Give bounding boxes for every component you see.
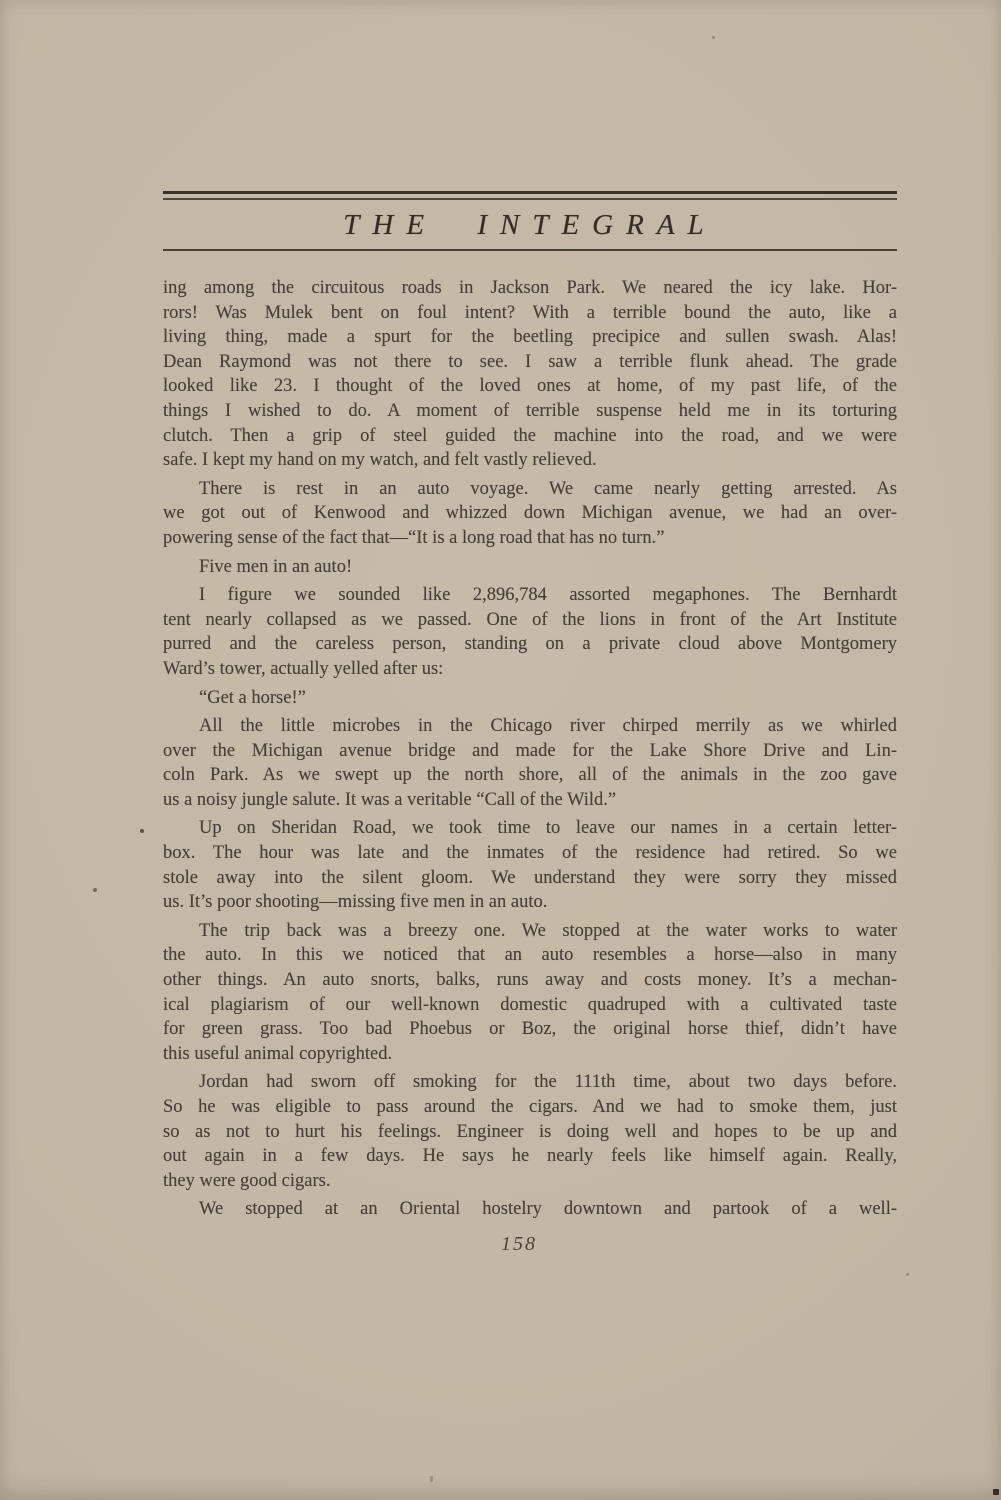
text-line: So he was eligible to pass around the ci…	[163, 1095, 897, 1120]
text-line: Five men in an auto!	[163, 555, 897, 580]
paper-speck	[712, 36, 715, 39]
paragraph: I figure we sounded like 2,896,784 assor…	[163, 583, 897, 681]
text-line: other things. An auto snorts, balks, run…	[163, 968, 897, 993]
text-line: us. It’s poor shooting—missing five men …	[163, 890, 897, 915]
text-line: tent nearly collapsed as we passed. One …	[163, 608, 897, 633]
body-text: ing among the circuitous roads in Jackso…	[163, 276, 897, 1222]
paper-speck	[430, 1476, 433, 1482]
paper-speck	[993, 1489, 999, 1495]
paragraph: There is rest in an auto voyage. We came…	[163, 477, 897, 551]
text-line: We stopped at an Oriental hostelry downt…	[163, 1197, 897, 1222]
text-line: out again in a few days. He says he near…	[163, 1144, 897, 1169]
text-line: living thing, made a spurt for the beetl…	[163, 325, 897, 350]
paragraph: We stopped at an Oriental hostelry downt…	[163, 1197, 897, 1222]
text-line: coln Park. As we swept up the north shor…	[163, 763, 897, 788]
text-line: us a noisy jungle salute. It was a verit…	[163, 788, 897, 813]
text-line: Up on Sheridan Road, we took time to lea…	[163, 816, 897, 841]
book-page: THE INTEGRAL ing among the circuitous ro…	[0, 0, 1001, 1500]
text-line: over the Michigan avenue bridge and made…	[163, 739, 897, 764]
paragraph: All the little microbes in the Chicago r…	[163, 714, 897, 812]
paragraph: ing among the circuitous roads in Jackso…	[163, 276, 897, 473]
text-line: ing among the circuitous roads in Jackso…	[163, 276, 897, 301]
text-line: rors! Was Mulek bent on foul intent? Wit…	[163, 301, 897, 326]
paragraph: Five men in an auto!	[163, 555, 897, 580]
running-head: THE INTEGRAL	[163, 191, 897, 251]
text-line: clutch. Then a grip of steel guided the …	[163, 424, 897, 449]
paragraph: Jordan had sworn off smoking for the 111…	[163, 1070, 897, 1193]
text-line: things I wished to do. A moment of terri…	[163, 399, 897, 424]
text-line: they were good cigars.	[163, 1169, 897, 1194]
paragraph: “Get a horse!”	[163, 686, 897, 711]
header-bottom-rule	[163, 249, 897, 251]
text-line: box. The hour was late and the inmates o…	[163, 841, 897, 866]
text-line: this useful animal copyrighted.	[163, 1042, 897, 1067]
text-line: so as not to hurt his feelings. Engineer…	[163, 1120, 897, 1145]
text-line: for green grass. Too bad Phoebus or Boz,…	[163, 1017, 897, 1042]
text-line: All the little microbes in the Chicago r…	[163, 714, 897, 739]
text-line: we got out of Kenwood and whizzed down M…	[163, 501, 897, 526]
text-line: Dean Raymond was not there to see. I saw…	[163, 350, 897, 375]
page-number: 158	[163, 1233, 897, 1256]
text-line: There is rest in an auto voyage. We came…	[163, 477, 897, 502]
text-line: Ward’s tower, actually yelled after us:	[163, 657, 897, 682]
text-line: ical plagiarism of our well-known domest…	[163, 993, 897, 1018]
text-line: I figure we sounded like 2,896,784 assor…	[163, 583, 897, 608]
text-line: the auto. In this we noticed that an aut…	[163, 943, 897, 968]
text-line: Jordan had sworn off smoking for the 111…	[163, 1070, 897, 1095]
text-line: “Get a horse!”	[163, 686, 897, 711]
text-line: stole away into the silent gloom. We und…	[163, 866, 897, 891]
paragraph: Up on Sheridan Road, we took time to lea…	[163, 816, 897, 914]
paper-speck	[906, 1273, 909, 1276]
text-line: safe. I kept my hand on my watch, and fe…	[163, 448, 897, 473]
header-top-rule	[163, 191, 897, 200]
text-line: powering sense of the fact that—“It is a…	[163, 526, 897, 551]
paper-speck	[93, 888, 97, 892]
page-title: THE INTEGRAL	[163, 203, 897, 247]
paragraph: The trip back was a breezy one. We stopp…	[163, 919, 897, 1067]
text-line: purred and the careless person, standing…	[163, 632, 897, 657]
text-line: The trip back was a breezy one. We stopp…	[163, 919, 897, 944]
paper-speck	[140, 829, 144, 833]
text-line: looked like 23. I thought of the loved o…	[163, 374, 897, 399]
